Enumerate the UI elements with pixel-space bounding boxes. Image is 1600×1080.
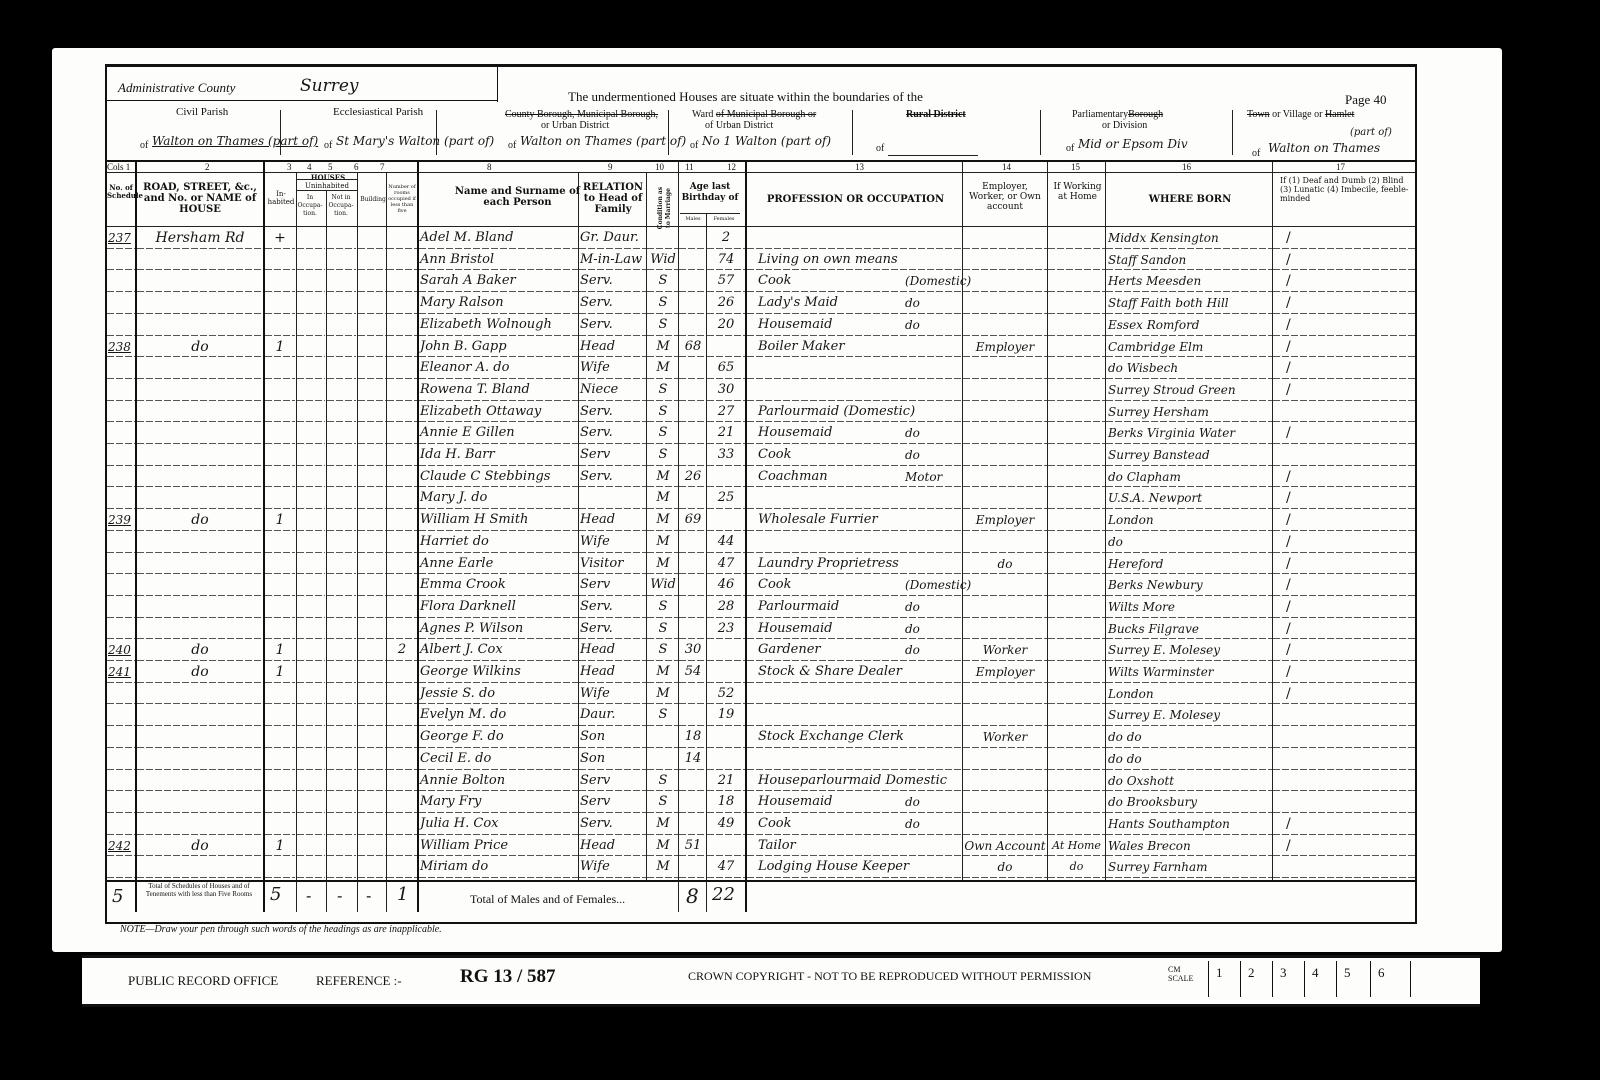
relation: Wife [580,532,646,552]
urban-district-value: Walton on Thames (part of) [520,134,686,148]
row-rule [327,378,356,379]
occupation: Tailor [758,836,908,856]
person-name: Adel M. Bland [420,228,578,248]
female-age: 74 [708,250,744,270]
row-rule [358,812,386,813]
relation: Serv [580,792,646,812]
occupation-note: do [905,640,960,660]
male-age: 18 [680,727,706,747]
total-schedules: 5 [112,886,123,907]
row-rule [107,877,135,878]
person-name: Miriam do [420,857,578,877]
row-rule [679,443,706,444]
row-rule [387,855,417,856]
person-name: Rowena T. Bland [420,380,578,400]
birthplace: Wilts More [1108,597,1272,617]
row-rule [327,465,356,466]
occupation-note: (Domestic) [905,575,960,595]
ecclesiastical-parish-label: Ecclesiastical Parish [333,106,423,118]
total-not-in-occupation: - [337,886,342,905]
inhabited-count: 1 [266,640,294,660]
row-rule [358,530,386,531]
row-rule [107,573,135,574]
row-rule [387,790,417,791]
birthplace: Hereford [1108,554,1272,574]
marital-condition: S [648,640,678,660]
marital-condition: S [648,619,678,639]
row-rule [358,269,386,270]
row-rule [358,552,386,553]
row-rule [297,508,325,509]
row-rule [707,769,745,770]
marital-condition: M [648,510,678,530]
row-rule [265,313,295,314]
row-rule [107,834,135,835]
schedule-number: 241 [108,662,134,682]
marital-condition: S [648,597,678,617]
row-rule [579,508,646,509]
infirmity-mark: / [1276,510,1316,530]
person-name: Eleanor A. do [420,358,578,378]
col-number-10: 10 [655,162,664,172]
birthplace: Wales Brecon [1108,836,1272,856]
infirmity-mark: / [1276,488,1316,508]
birthplace: Surrey E. Molesey [1108,640,1272,660]
row-rule [963,508,1047,509]
row-rule [327,812,356,813]
occupation-note: do [905,814,960,834]
occupation-note: (Domestic) [905,271,960,291]
relation: Wife [580,358,646,378]
occupation: Boiler Maker [758,337,908,357]
row-rule [387,356,417,357]
row-rule [963,313,1047,314]
relation: Serv. [580,619,646,639]
row-rule [1048,834,1105,835]
relation: Gr. Daur. [580,228,646,248]
ecclesiastical-parish-value: St Mary's Walton (part of) [336,134,494,148]
row-rule [358,508,386,509]
row-rule [327,682,356,683]
ward-urban-label: of Urban District [705,120,773,131]
row-rule [297,660,325,661]
row-rule [679,291,706,292]
female-age: 23 [708,619,744,639]
footer-cm-label: CMSCALE [1168,965,1193,983]
row-rule [358,617,386,618]
marital-condition: S [648,315,678,335]
infirmity-mark: / [1276,228,1316,248]
person-name: George F. do [420,727,578,747]
marital-condition: M [648,532,678,552]
row-rule [963,291,1047,292]
row-rule [679,269,706,270]
infirmity-mark: / [1276,293,1316,313]
row-rule [297,617,325,618]
inhabited-count: 1 [266,836,294,856]
birthplace: do Wisbech [1108,358,1272,378]
occupation: Lady's Maid [758,293,908,313]
row-rule [747,248,962,249]
row-rule [358,421,386,422]
row-rule [647,248,678,249]
road-name: do [140,640,260,660]
col-number-11: 11 [685,162,694,172]
marital-condition: M [648,488,678,508]
row-rule [327,356,356,357]
person-name: George Wilkins [420,662,578,682]
relation: Head [580,836,646,856]
row-rule [107,378,135,379]
female-age: 19 [708,705,744,725]
male-age: 14 [680,749,706,769]
infirmity-mark: / [1276,423,1316,443]
road-name: do [140,510,260,530]
row-rule [137,747,263,748]
row-rule [137,769,263,770]
occupation: Parlourmaid [758,597,908,617]
col-number-4: 4 [307,162,312,172]
total-females: 22 [712,884,735,905]
marital-condition: M [648,814,678,834]
col-inhabited-header: In-habited [266,190,296,206]
person-name: Mary Fry [420,792,578,812]
row-rule [679,508,706,509]
female-age: 46 [708,575,744,595]
row-rule [387,834,417,835]
row-rule [137,638,263,639]
row-rule [387,573,417,574]
road-name: do [140,836,260,856]
female-age: 49 [708,814,744,834]
row-rule [747,703,962,704]
row-rule [137,595,263,596]
row-rule [265,378,295,379]
occupation: Housemaid [758,792,908,812]
col-occupation-header: PROFESSION OR OCCUPATION [748,194,963,205]
row-rule [107,638,135,639]
employment-status: Employer [964,662,1046,682]
row-rule [707,747,745,748]
row-rule [297,595,325,596]
row-rule [107,291,135,292]
ward-of: of [690,140,698,151]
marital-condition: M [648,857,678,877]
row-rule [327,617,356,618]
person-name: Anne Earle [420,554,578,574]
relation: Serv [580,771,646,791]
relation: Serv. [580,293,646,313]
row-rule [963,248,1047,249]
birthplace: do Clapham [1108,467,1272,487]
relation: Head [580,640,646,660]
col-employer-header: Employer, Worker, or Own account [965,182,1045,212]
row-rule [358,486,386,487]
row-rule [747,378,962,379]
person-name: Annie Bolton [420,771,578,791]
birthplace: Bucks Filgrave [1108,619,1272,639]
row-rule [358,769,386,770]
occupation-note: do [905,619,960,639]
employment-status: Worker [964,640,1046,660]
scale-cell-5: 5 [1336,961,1370,997]
row-rule [1048,508,1105,509]
relation: Son [580,749,646,769]
row-rule [387,747,417,748]
col-males-header: Males [680,215,706,223]
row-rule [679,465,706,466]
row-rule [1048,617,1105,618]
row-rule [1048,638,1105,639]
row-rule [137,378,263,379]
row-rule [327,877,356,878]
parliamentary-value: Mid or Epsom Div [1078,137,1188,151]
row-rule [327,508,356,509]
female-age: 25 [708,488,744,508]
row-rule [107,269,135,270]
marital-condition: S [648,380,678,400]
row-rule [1048,812,1105,813]
female-age: 2 [708,228,744,248]
row-rule [327,855,356,856]
occupation: Living on own means [758,250,908,270]
row-rule [1048,486,1105,487]
col-houses-header: HOUSES [300,174,356,182]
occupation: Houseparlourmaid Domestic [758,771,908,791]
row-rule [707,855,745,856]
row-rule [747,552,962,553]
marital-condition: M [648,554,678,574]
inhabited-count: 1 [266,662,294,682]
row-rule [297,725,325,726]
col-age-header: Age last Birthday of [680,182,740,204]
totals-label: Total of Schedules of Houses and of Tene… [138,882,260,898]
total-males: 8 [686,884,699,908]
row-rule [107,465,135,466]
total-building: - [366,886,371,905]
relation: Serv. [580,271,646,291]
employment-status: Own Account [964,836,1046,856]
birthplace: Middx Kensington [1108,228,1272,248]
row-rule [137,465,263,466]
row-rule [297,552,325,553]
row-rule [679,725,706,726]
row-rule [327,248,356,249]
row-rule [327,790,356,791]
total-males-females-label: Total of Males and of Females... [470,892,625,907]
row-rule [137,812,263,813]
row-rule [107,486,135,487]
row-rule [1048,400,1105,401]
row-rule [963,465,1047,466]
row-rule [327,421,356,422]
row-rule [358,855,386,856]
row-rule [137,269,263,270]
county-borough-label-struck: County Borough, Municipal Borough, [505,109,658,120]
occupation: Gardener [758,640,908,660]
row-rule [707,530,745,531]
ward-label: Ward of Municipal Borough or [692,109,816,120]
eccl-parish-of: of [324,140,332,151]
row-rule [1048,313,1105,314]
row-rule [679,638,706,639]
col-relation-header: RELATION to Head of Family [578,182,648,215]
row-rule [137,421,263,422]
row-rule [358,291,386,292]
col-number-7: 7 [380,162,385,172]
inhabited-count: + [266,228,294,248]
row-rule [137,335,263,336]
row-rule [327,552,356,553]
row-rule [107,508,135,509]
row-rule [1048,269,1105,270]
col-number-12: 12 [727,162,736,172]
birthplace: Herts Meesden [1108,271,1272,291]
row-rule [963,335,1047,336]
row-rule [963,834,1047,835]
road-name: do [140,337,260,357]
row-rule [1048,248,1105,249]
infirmity-mark: / [1276,315,1316,335]
row-rule [265,573,295,574]
row-rule [327,638,356,639]
town-village-label: Town or Village or Hamlet [1247,109,1354,120]
employment-status: do [964,857,1046,877]
row-rule [963,725,1047,726]
infirmity-mark: / [1276,532,1316,552]
row-rule [963,486,1047,487]
relation: Serv. [580,423,646,443]
occupation-note: do [905,792,960,812]
row-rule [265,443,295,444]
row-rule [327,269,356,270]
col-number-1: Cols 1 [107,162,130,172]
civil-parish-label: Civil Parish [176,106,228,118]
town-village-of: of [1252,148,1260,159]
footer-reference: RG 13 / 587 [460,966,556,988]
total-inhabited: 5 [270,884,281,905]
row-rule [297,421,325,422]
relation: Wife [580,684,646,704]
row-rule [265,747,295,748]
female-age: 26 [708,293,744,313]
occupation: Cook [758,575,908,595]
relation: Head [580,337,646,357]
footer-reference-label: REFERENCE :- [316,973,402,989]
occupation-note: do [905,597,960,617]
row-rule [679,877,706,878]
row-rule [1048,703,1105,704]
row-rule [107,790,135,791]
scale-cell-2: 2 [1240,961,1272,997]
row-rule [1273,465,1415,466]
row-rule [297,573,325,574]
person-name: Emma Crook [420,575,578,595]
person-name: Mary Ralson [420,293,578,313]
row-rule [1048,747,1105,748]
row-rule [1048,682,1105,683]
occupation: Housemaid [758,423,908,443]
row-rule [297,747,325,748]
row-rule [707,356,745,357]
row-rule [1048,421,1105,422]
row-rule [679,421,706,422]
infirmity-mark: / [1276,684,1316,704]
birthplace: Surrey E. Molesey [1108,705,1272,725]
row-rule [963,703,1047,704]
relation: Serv. [580,402,646,422]
row-rule [963,378,1047,379]
occupation: Coachman [758,467,908,487]
occupation: Cook [758,445,908,465]
relation: Serv [580,575,646,595]
relation: Wife [580,857,646,877]
row-rule [137,486,263,487]
row-rule [963,638,1047,639]
row-rule [358,356,386,357]
marital-condition: M [648,467,678,487]
row-rule [387,682,417,683]
col-number-2: 2 [205,162,210,172]
row-rule [387,269,417,270]
rural-district-label: Rural District [906,109,966,120]
marital-condition: S [648,771,678,791]
col-females-header: Females [708,215,740,223]
row-rule [137,552,263,553]
row-rule [297,291,325,292]
row-rule [265,638,295,639]
col-number-13: 13 [855,162,864,172]
relation: Head [580,510,646,530]
row-rule [137,703,263,704]
row-rule [747,769,962,770]
row-rule [963,443,1047,444]
note-text: NOTE—Draw your pen through such words of… [120,924,442,935]
birthplace: London [1108,510,1272,530]
person-name: Elizabeth Ottaway [420,402,578,422]
birthplace: London [1108,684,1272,704]
marital-condition: Wid [648,575,678,595]
row-rule [679,573,706,574]
row-rule [107,552,135,553]
row-rule [265,725,295,726]
infirmity-mark: / [1276,597,1316,617]
birthplace: Surrey Banstead [1108,445,1272,465]
row-rule [647,747,678,748]
birthplace: do do [1108,727,1272,747]
row-rule [358,400,386,401]
row-rule [137,790,263,791]
female-age: 47 [708,857,744,877]
row-rule [1048,790,1105,791]
row-rule [137,834,263,835]
row-rule [707,486,745,487]
relation: Niece [580,380,646,400]
row-rule [297,834,325,835]
row-rule [265,291,295,292]
birthplace: Wilts Warminster [1108,662,1272,682]
col-where-born-header: WHERE BORN [1110,194,1270,205]
birthplace: Surrey Farnham [1108,857,1272,877]
row-rule [647,769,678,770]
row-rule [297,400,325,401]
row-rule [358,595,386,596]
row-rule [679,812,706,813]
road-name: Hersham Rd [140,228,260,248]
schedule-number: 239 [108,510,134,530]
row-rule [265,703,295,704]
infirmity-mark: / [1276,358,1316,378]
